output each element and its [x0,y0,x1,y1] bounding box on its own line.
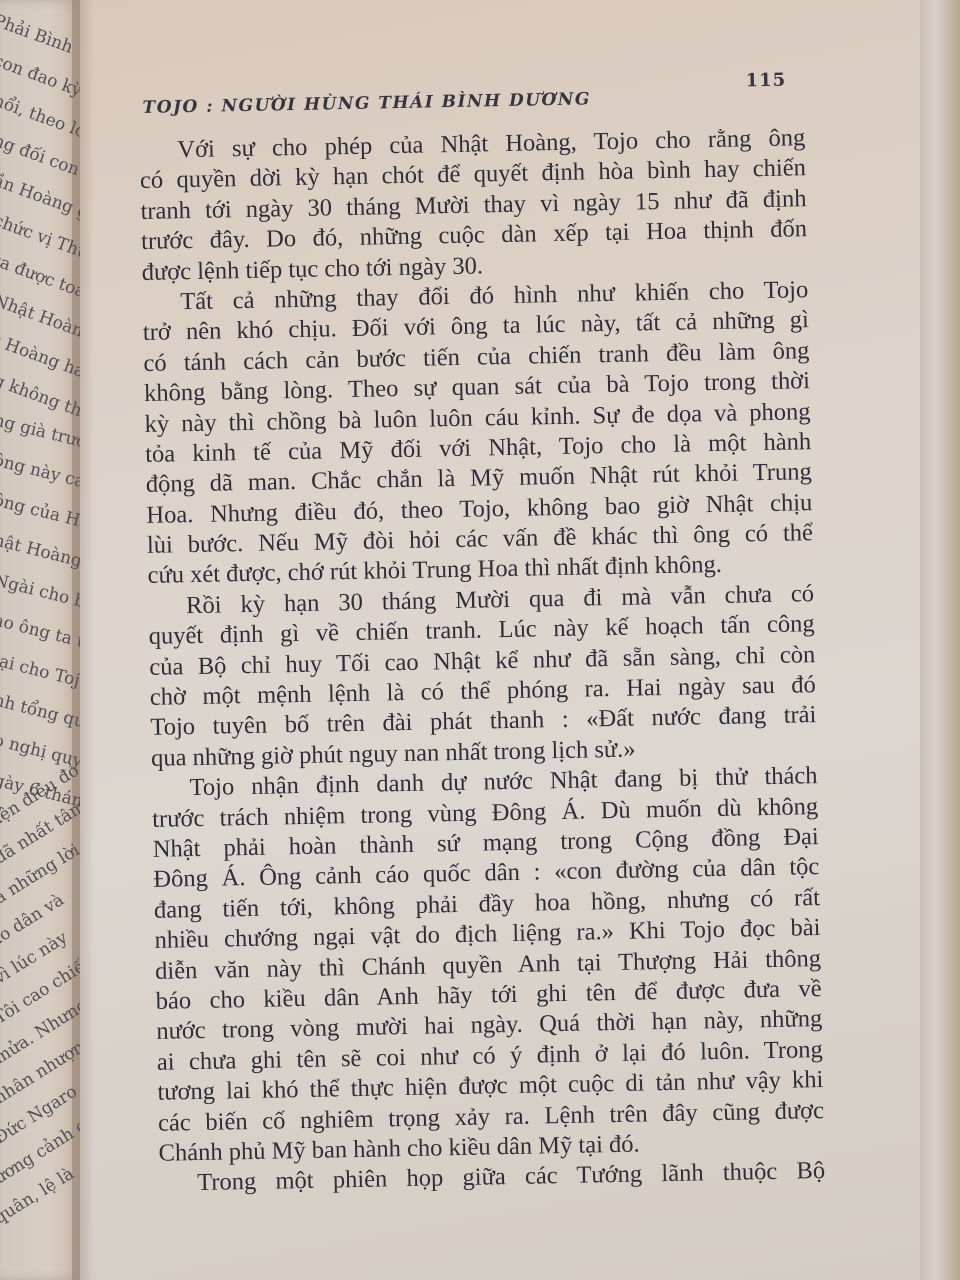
previous-page-text-fragment: ao ông ta thì [0,610,80,656]
previous-page-edge: Phải Bìnhcon đao kỳnổi, theo lờing đối c… [0,0,80,1280]
previous-page-text-fragment: Phải Bình [0,11,76,58]
book-photo: Phải Bìnhcon đao kỳnổi, theo lờing đối c… [0,0,960,1280]
body-text: Với sự cho phép của Nhật Hoàng, Tojo cho… [139,123,825,1199]
previous-page-text-fragment: Ngài cho biết [0,570,80,618]
page-content: TOJO : NGƯỜI HÙNG THÁI BÌNH DƯƠNG 115 Vớ… [138,65,825,1199]
previous-page-text-fragment: ông này can [0,450,80,495]
previous-page-text-fragment: ộng của Hải [0,490,80,535]
previous-page-text-fragment: nh tổng quát [0,690,80,736]
page-stack-edge [920,0,960,1280]
running-title: TOJO : NGƯỜI HÙNG THÁI BÌNH DƯƠNG [142,89,591,118]
previous-page-text-fragment: lại cho Tojo [0,650,80,693]
previous-page-text-fragment: hật Hoàng ở [0,530,80,575]
gutter-shadow [72,0,94,1280]
page-number: 115 [745,70,786,92]
previous-page-text-fragment: con đao kỳ [0,51,80,101]
